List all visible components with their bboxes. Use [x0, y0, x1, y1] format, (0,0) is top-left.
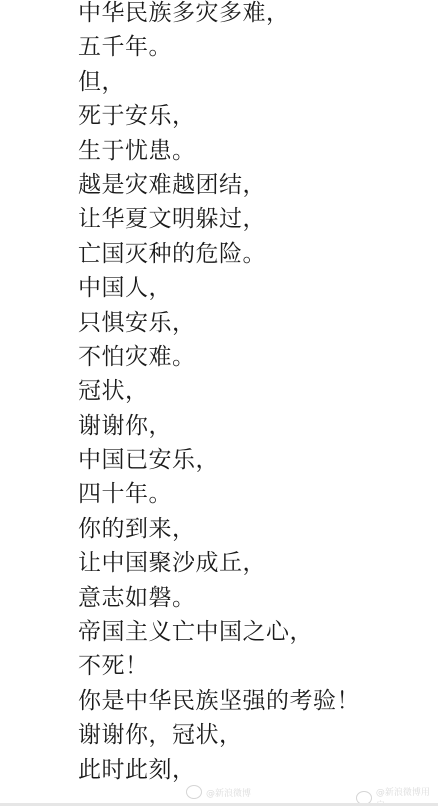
poem-line: 让华夏文明躲过，: [78, 202, 360, 236]
poem-line: 只惧安乐，: [78, 306, 360, 340]
poem-line: 生于忧患。: [78, 134, 360, 168]
poem-line: 谢谢你，: [78, 409, 360, 443]
poem-line: 越是灾难越团结，: [78, 168, 360, 202]
poem-line: 谢谢你，冠状，: [78, 718, 360, 752]
poem-line: 中国人，: [78, 271, 360, 305]
poem-line: 你的到来，: [78, 512, 360, 546]
poem-line: 四十年。: [78, 477, 360, 511]
watermark: @新浪微博: [186, 785, 251, 799]
poem-line: 让中国聚沙成丘，: [78, 546, 360, 580]
poem-line: 不死！: [78, 649, 360, 683]
poem-line: 不怕灾难。: [78, 340, 360, 374]
poem-line: 死于安乐，: [78, 99, 360, 133]
poem-line: 帝国主义亡中国之心，: [78, 615, 360, 649]
watermark-text: @新浪微博: [206, 786, 251, 799]
weibo-icon: [186, 785, 202, 799]
poem-text: 中华民族多灾多难， 五千年。 但， 死于安乐， 生于忧患。 越是灾难越团结， 让…: [78, 0, 360, 787]
poem-line: 此时此刻，: [78, 753, 360, 787]
poem-line: 中华民族多灾多难，: [78, 0, 360, 30]
poem-line: 但，: [78, 65, 360, 99]
poem-line: 五千年。: [78, 30, 360, 64]
poem-line: 你是中华民族坚强的考验！: [78, 684, 360, 718]
poem-line: 意志如磐。: [78, 581, 360, 615]
poem-line: 亡国灭种的危险。: [78, 237, 360, 271]
poem-line: 中国已安乐，: [78, 443, 360, 477]
poem-line: 冠状，: [78, 374, 360, 408]
